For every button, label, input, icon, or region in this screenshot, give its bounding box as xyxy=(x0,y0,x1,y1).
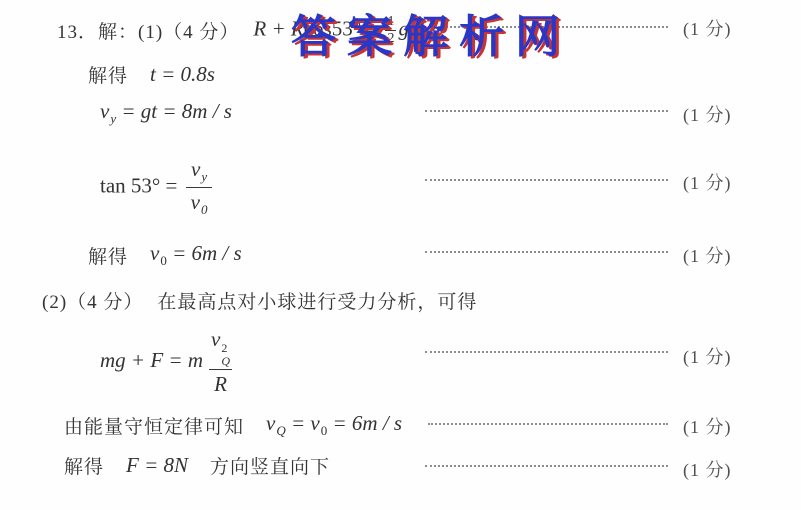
solution-step-4: tan 53° = vyv0 xyxy=(100,156,215,218)
label-solve: 解得 xyxy=(64,452,104,479)
score-badge: (1 分) xyxy=(683,456,732,482)
solution-step-3: vy = gt = 8m / s xyxy=(100,99,232,127)
solution-part-2-header: (2)（4 分） 在最高点对小球进行受力分析，可得 xyxy=(42,287,477,314)
analysis-statement: 在最高点对小球进行受力分析，可得 xyxy=(157,287,477,314)
fraction-vy-over-v0: vyv0 xyxy=(186,157,213,218)
dotted-leader xyxy=(425,251,668,253)
answer-sheet-page: 13．解：(1)（4 分） R + Rcos53° = 12gt2 (1 分) … xyxy=(0,0,801,510)
score-badge: (1 分) xyxy=(683,242,732,268)
dotted-leader xyxy=(425,110,668,112)
energy-conservation-statement: 由能量守恒定律可知 xyxy=(64,412,244,439)
score-badge: (1 分) xyxy=(683,15,732,41)
formula-time-result: t = 0.8s xyxy=(150,62,215,87)
score-badge: (1 分) xyxy=(683,343,732,369)
solution-step-9: 解得 F = 8N 方向竖直向下 xyxy=(64,452,330,479)
dotted-leader xyxy=(425,465,668,467)
dotted-leader xyxy=(425,351,668,353)
solution-step-8: 由能量守恒定律可知 vQ = v0 = 6m / s xyxy=(64,411,402,439)
formula-tangent: tan 53° = vyv0 xyxy=(100,157,215,218)
solution-step-2: 解得 t = 0.8s xyxy=(88,61,215,88)
part-number-and-points: (2)（4 分） xyxy=(42,287,143,314)
dotted-leader xyxy=(428,423,668,425)
label-solve: 解得 xyxy=(88,242,128,269)
dotted-leader xyxy=(425,179,668,181)
formula-newton-second-law: mg + F = mv2QR xyxy=(100,327,238,397)
formula-initial-velocity: v0 = 6m / s xyxy=(150,241,242,269)
scan-content-layer: 13．解：(1)（4 分） R + Rcos53° = 12gt2 (1 分) … xyxy=(0,0,801,510)
score-badge: (1 分) xyxy=(683,413,732,439)
score-badge: (1 分) xyxy=(683,101,732,127)
problem-number-and-points: 13．解：(1)（4 分） xyxy=(57,17,239,44)
label-solve: 解得 xyxy=(88,61,128,88)
solution-step-5: 解得 v0 = 6m / s xyxy=(88,241,242,269)
direction-statement: 方向竖直向下 xyxy=(210,452,330,479)
score-badge: (1 分) xyxy=(683,169,732,195)
fraction-vq2-over-R: v2QR xyxy=(206,327,235,397)
formula-vertical-velocity: vy = gt = 8m / s xyxy=(100,99,232,127)
formula-force-result: F = 8N xyxy=(126,453,188,478)
formula-speed-equality: vQ = v0 = 6m / s xyxy=(266,411,402,439)
site-watermark: 答案解析网 xyxy=(291,0,571,65)
solution-step-7: mg + F = mv2QR xyxy=(100,330,238,394)
